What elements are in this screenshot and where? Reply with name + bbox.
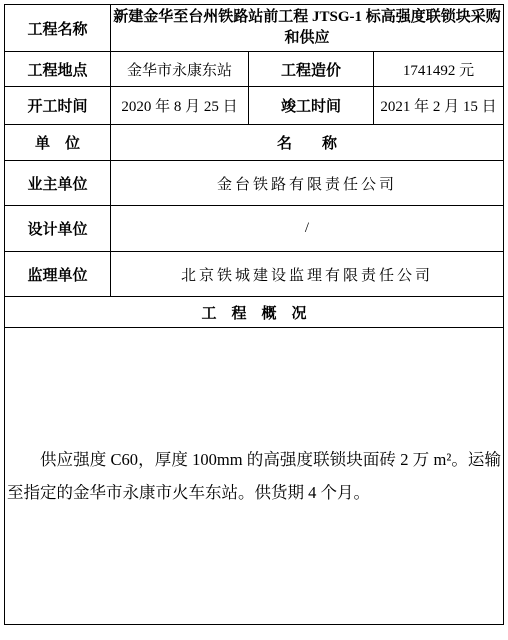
project-name-value: 新建金华至台州铁路站前工程 JTSG-1 标高强度联锁块采购和供应 — [111, 5, 504, 52]
overview-section-header: 工 程 概 况 — [5, 297, 504, 328]
table-row: 监理单位 北京铁城建设监理有限责任公司 — [5, 252, 504, 297]
project-info-table: 工程名称 新建金华至台州铁路站前工程 JTSG-1 标高强度联锁块采购和供应 工… — [4, 4, 504, 625]
location-label: 工程地点 — [5, 52, 111, 87]
end-date-value: 2021 年 2 月 15 日 — [374, 87, 504, 125]
overview-cell: 供应强度 C60，厚度 100mm 的高强度联锁块面砖 2 万 m²。运输至指定… — [5, 328, 504, 625]
table-row: 设计单位 / — [5, 206, 504, 252]
design-unit-value: / — [111, 206, 504, 252]
cost-label: 工程造价 — [249, 52, 374, 87]
document-page: 工程名称 新建金华至台州铁路站前工程 JTSG-1 标高强度联锁块采购和供应 工… — [0, 0, 508, 640]
design-unit-label: 设计单位 — [5, 206, 111, 252]
project-name-label: 工程名称 — [5, 5, 111, 52]
table-row: 工程地点 金华市永康东站 工程造价 1741492 元 — [5, 52, 504, 87]
owner-unit-value: 金台铁路有限责任公司 — [111, 161, 504, 206]
cost-value: 1741492 元 — [374, 52, 504, 87]
table-row: 业主单位 金台铁路有限责任公司 — [5, 161, 504, 206]
end-date-label: 竣工时间 — [249, 87, 374, 125]
unit-header-value: 名 称 — [111, 125, 504, 161]
start-date-label: 开工时间 — [5, 87, 111, 125]
overview-body-text: 供应强度 C60，厚度 100mm 的高强度联锁块面砖 2 万 m²。运输至指定… — [7, 443, 501, 509]
unit-header-label: 单 位 — [5, 125, 111, 161]
table-row: 供应强度 C60，厚度 100mm 的高强度联锁块面砖 2 万 m²。运输至指定… — [5, 328, 504, 625]
owner-unit-label: 业主单位 — [5, 161, 111, 206]
location-value: 金华市永康东站 — [111, 52, 249, 87]
supervision-unit-label: 监理单位 — [5, 252, 111, 297]
table-row: 单 位 名 称 — [5, 125, 504, 161]
start-date-value: 2020 年 8 月 25 日 — [111, 87, 249, 125]
table-row: 工 程 概 况 — [5, 297, 504, 328]
table-row: 工程名称 新建金华至台州铁路站前工程 JTSG-1 标高强度联锁块采购和供应 — [5, 5, 504, 52]
table-row: 开工时间 2020 年 8 月 25 日 竣工时间 2021 年 2 月 15 … — [5, 87, 504, 125]
supervision-unit-value: 北京铁城建设监理有限责任公司 — [111, 252, 504, 297]
